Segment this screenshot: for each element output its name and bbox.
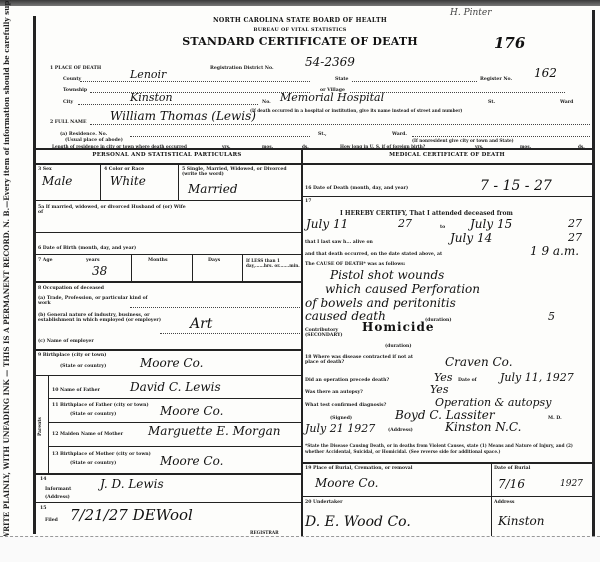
marital-value: Married	[188, 182, 238, 196]
mother-state-label: (State or country)	[70, 461, 116, 466]
filed-label: Filed	[45, 518, 58, 523]
no-label: No.	[262, 100, 271, 105]
row-rule	[302, 496, 592, 497]
autopsy-value: Yes	[430, 383, 448, 396]
dob-label: 6 Date of Birth (month, day, and year)	[38, 246, 136, 251]
sex-value: Male	[42, 174, 72, 188]
registrar-label: REGISTRAR	[250, 530, 279, 535]
father-label: 10 Name of Father	[52, 388, 100, 393]
father-state-label: (State or country)	[70, 412, 116, 417]
foreign-ds: ds.	[578, 144, 585, 149]
bureau-name: BUREAU OF VITAL STATISTICS	[0, 27, 600, 33]
burial-date-label: Date of Burial	[494, 466, 530, 471]
certificate-number: 176	[494, 34, 525, 52]
row-rule	[48, 422, 302, 423]
nonresident-note: (If nonresident give city or town and St…	[412, 138, 514, 143]
mother-label: 12 Maiden Name of Mother	[52, 432, 123, 437]
years-label: years	[86, 258, 100, 263]
where-contracted-value: Craven Co.	[445, 355, 513, 369]
institution-value: Memorial Hospital	[280, 91, 384, 104]
physician-address-value: Kinston N.C.	[445, 420, 521, 434]
autopsy-label: Was there an autopsy?	[305, 390, 363, 395]
full-name-label: 2 FULL NAME	[50, 120, 86, 125]
burial-place-value: Moore Co.	[315, 476, 378, 490]
residence-label: (a) Residence. No.	[60, 132, 107, 137]
marital-label: 5 Single, Married, Widowed, or Divorced …	[182, 167, 297, 177]
hospital-note: (If death occurred in a hospital or inst…	[250, 108, 462, 113]
burial-place-label: 19 Place of Burial, Cremation, or remova…	[305, 466, 412, 471]
cell-divider	[131, 255, 132, 281]
undertaker-label: 20 Undertaker	[305, 500, 343, 505]
mother-value: Marguette E. Morgan	[148, 424, 280, 438]
less-than-day-label: If LESS than 1 day,......hrs. or.......m…	[246, 258, 300, 268]
operation-date-value: July 11, 1927	[500, 371, 574, 384]
undertaker-address-value: Kinston	[498, 514, 544, 528]
birthplace-state-label: (State or country)	[60, 364, 106, 369]
occupation-label: 8 Occupation of deceased	[38, 286, 104, 291]
city-value: Kinston	[130, 91, 173, 104]
informant-number: 14	[40, 477, 46, 482]
undertaker-address-label: Address	[494, 500, 515, 505]
length-ds: ds.	[302, 144, 309, 149]
occupation-b-label: (b) General nature of industry, business…	[38, 313, 166, 323]
row-rule	[302, 462, 592, 464]
cause-line-2: which caused Perforation	[325, 282, 480, 296]
row-rule	[36, 502, 302, 503]
occupation-b-line	[160, 333, 300, 334]
length-mos: mos.	[262, 144, 273, 149]
row-rule	[36, 281, 302, 283]
age-label: 7 Age	[38, 258, 53, 263]
occupation-b-value: Art	[190, 316, 212, 332]
row-rule	[48, 446, 302, 447]
parents-divider	[48, 375, 49, 475]
length-residence-label: Length of residence in city or town wher…	[52, 144, 187, 149]
date-of-death-value: 7 - 15 - 27	[480, 178, 552, 194]
residence-sub-label: (Usual place of abode)	[65, 138, 123, 143]
foreign-birth-label: How long in U. S. if of foreign birth?	[340, 144, 425, 149]
length-yrs: yrs.	[222, 144, 230, 149]
place-of-death-label: 1 PLACE OF DEATH	[50, 66, 101, 71]
mother-birthplace-label: 13 Birthplace of Mother (city or town)	[52, 452, 151, 457]
state-label: State	[335, 77, 348, 82]
undertaker-value: D. E. Wood Co.	[305, 514, 411, 530]
cell-divider	[491, 462, 492, 536]
date-of-death-label: 16 Date of Death (month, day, and year)	[305, 186, 408, 191]
test-label: What test confirmed diagnosis?	[305, 403, 386, 408]
row-rule	[302, 196, 592, 197]
age-years-value: 38	[92, 264, 107, 278]
section-title-rule	[36, 163, 592, 165]
row-rule	[36, 375, 302, 376]
center-divider	[301, 150, 303, 536]
scan-edge-bottom	[0, 536, 600, 562]
item-17: 17	[305, 199, 311, 204]
left-border	[33, 16, 36, 534]
father-value: David C. Lewis	[130, 380, 221, 394]
cell-divider	[192, 255, 193, 281]
last-year-value: 27	[568, 231, 582, 244]
county-value: Lenoir	[130, 68, 166, 81]
occupation-a-line	[130, 307, 300, 308]
from-year-value: 27	[398, 217, 412, 230]
cell-divider	[242, 255, 243, 281]
occupation-a-label: (a) Trade, Profession, or particular kin…	[38, 296, 148, 306]
where-contracted-label: 18 Where was disease contracted if not a…	[305, 355, 425, 365]
to-label: to	[440, 225, 445, 230]
residence-st-label: St.,	[318, 132, 327, 137]
county-line	[80, 81, 310, 82]
row-rule	[36, 254, 302, 255]
cell-divider	[100, 164, 101, 200]
cell-divider	[178, 164, 179, 200]
foreign-mos: mos.	[520, 144, 531, 149]
row-rule	[48, 398, 302, 399]
operation-date-label: Date of	[458, 378, 477, 383]
township-line	[90, 92, 310, 93]
personal-section-title: PERSONAL AND STATISTICAL PARTICULARS	[36, 152, 298, 158]
occurred-label: and that death occurred, on the date sta…	[305, 252, 442, 257]
mother-birthplace-value: Moore Co.	[160, 454, 223, 468]
margin-note-text: WRITE PLAINLY, WITH UNFADING INK — THIS …	[2, 20, 11, 540]
board-name: NORTH CAROLINA STATE BOARD OF HEALTH	[0, 17, 600, 24]
attended-to-value: July 15	[470, 217, 512, 231]
sex-label: 3 Sex	[38, 167, 52, 172]
informant-value: J. D. Lewis	[100, 477, 164, 491]
spouse-label: 5a If married, widowed, or divorced Husb…	[38, 205, 188, 215]
cause-label: The CAUSE OF DEATH* was as follows:	[305, 262, 405, 267]
burial-year-value: 1927	[560, 479, 583, 489]
register-no-label: Register No.	[480, 77, 512, 82]
contributory-value: Homicide	[362, 320, 435, 334]
filed-value: 7/21/27 DEWool	[70, 506, 193, 524]
attended-from-value: July 11	[306, 217, 348, 231]
informant-label: Informant	[45, 487, 71, 492]
contributory-duration-label: (duration)	[385, 344, 412, 349]
registration-district-value: 54-2369	[305, 55, 355, 69]
registration-district-label: Registration District No.	[210, 66, 274, 71]
full-name-value: William Thomas (Lewis)	[110, 109, 256, 123]
scan-edge-top	[0, 0, 600, 6]
city-line	[78, 104, 258, 105]
last-saw-value: July 14	[450, 231, 492, 245]
birthplace-value: Moore Co.	[140, 356, 203, 370]
father-birthplace-value: Moore Co.	[160, 404, 223, 418]
race-value: White	[110, 174, 146, 188]
county-label: County	[63, 77, 81, 82]
birthplace-label: 9 Birthplace (city or town)	[38, 353, 106, 358]
signed-date-value: July 21 1927	[305, 422, 375, 435]
parents-label: Parents	[38, 428, 43, 436]
ward-label: Ward	[560, 100, 573, 105]
nonresident-line	[412, 136, 590, 137]
full-name-line	[90, 124, 590, 125]
township-label: Township	[63, 88, 87, 93]
residence-ward-label: Ward.	[392, 132, 407, 137]
row-rule	[36, 473, 302, 475]
certify-label: I HEREBY CERTIFY, That I attended deceas…	[340, 210, 513, 217]
medical-section-title: MEDICAL CERTIFICATE OF DEATH	[302, 152, 592, 158]
cause-line-3: of bowels and peritonitis	[305, 296, 456, 310]
physician-address-label: (Address)	[388, 428, 413, 433]
contributory-label: Contributory (SECONDARY)	[305, 328, 357, 338]
father-birthplace-label: 11 Birthplace of Father (city or town)	[52, 403, 149, 408]
st-label: St.	[488, 100, 495, 105]
last-saw-label: that I last saw h... alive on	[305, 240, 373, 245]
months-label: Months	[148, 258, 168, 263]
duration-value: 5	[548, 310, 555, 323]
margin-instructions: WRITE PLAINLY, WITH UNFADING INK — THIS …	[2, 20, 30, 540]
city-label: City	[63, 100, 73, 105]
time-of-death-value: 1 9 a.m.	[530, 244, 579, 258]
days-label: Days	[208, 258, 220, 263]
filed-number: 15	[40, 506, 46, 511]
row-rule	[36, 349, 302, 351]
occupation-c-label: (c) Name of employer	[38, 339, 94, 344]
cause-line-1: Pistol shot wounds	[330, 268, 444, 282]
signed-label: (Signed)	[330, 416, 352, 421]
informant-address-label: (Address)	[45, 495, 70, 500]
register-no-value: 162	[534, 66, 557, 80]
right-border	[592, 10, 595, 536]
foreign-yrs: yrs.	[475, 144, 483, 149]
row-rule	[36, 232, 302, 233]
race-label: 4 Color or Race	[104, 167, 144, 172]
md-label: M. D.	[548, 416, 562, 421]
residence-line	[130, 136, 310, 137]
death-certificate: WRITE PLAINLY, WITH UNFADING INK — THIS …	[0, 0, 600, 562]
to-year-value: 27	[568, 217, 582, 230]
operation-label: Did an operation precede death?	[305, 378, 389, 383]
state-line	[352, 81, 477, 82]
row-rule	[36, 200, 302, 201]
cause-footnote: *State the Disease Causing Death, or in …	[305, 443, 590, 454]
burial-date-value: 7/16	[498, 477, 525, 491]
